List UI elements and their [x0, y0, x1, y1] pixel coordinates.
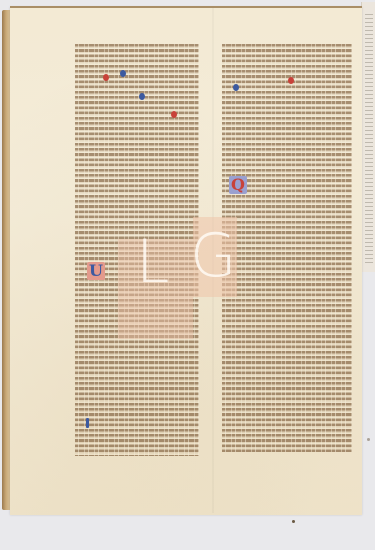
next-page-text-lines — [365, 14, 373, 264]
paragraph-mark-blue — [120, 70, 126, 77]
paragraph-mark-blue — [139, 93, 145, 100]
paragraph-mark-red — [288, 77, 294, 84]
text-column-right — [222, 44, 352, 452]
decorated-initial-q: Q — [229, 176, 247, 194]
watermark-letter-g: G — [190, 226, 237, 286]
decorated-initial-u: U — [87, 262, 105, 280]
ink-speck — [292, 520, 295, 523]
paragraph-mark-blue — [233, 84, 239, 91]
text-lines — [222, 44, 352, 452]
paragraph-mark-red — [103, 74, 109, 81]
paragraph-mark-blue — [86, 418, 89, 428]
ink-speck — [367, 438, 370, 441]
watermark-letter-l: L — [136, 232, 169, 292]
next-page-edge — [361, 2, 375, 272]
page-top-edge — [10, 6, 362, 8]
paragraph-mark-red — [171, 111, 177, 118]
